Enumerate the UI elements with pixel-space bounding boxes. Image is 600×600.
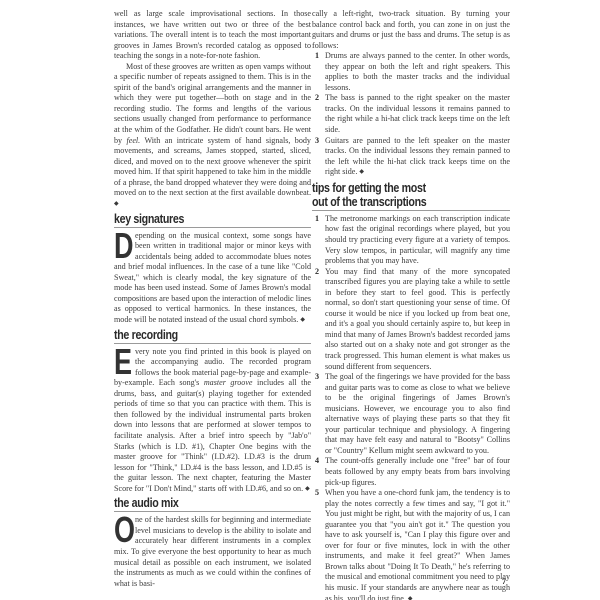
- list-text: Guitars are panned to the left speaker o…: [325, 136, 510, 177]
- list-text: When you have a one-chord funk jam, the …: [325, 488, 510, 600]
- end-mark-icon: ◆: [359, 169, 364, 175]
- paragraph-text: epending on the musical context, some so…: [114, 231, 311, 325]
- heading-rule: [312, 210, 510, 211]
- paragraph-text: includes all the drums, bass, and guitar…: [114, 378, 311, 493]
- list-item: 5When you have a one-chord funk jam, the…: [312, 488, 510, 600]
- emphasis-master-groove: master groove: [204, 378, 253, 387]
- list-item: 1Drums are always panned to the center. …: [312, 51, 510, 93]
- tips-list: 1The metronome markings on each transcri…: [312, 214, 510, 600]
- paragraph-text: Most of these grooves are written as ope…: [114, 62, 311, 145]
- page-number: 7: [502, 577, 506, 586]
- drop-cap: O: [114, 516, 128, 546]
- list-number: 5: [315, 488, 319, 499]
- list-number: 3: [315, 372, 319, 383]
- book-page: well as large scale improvisational sect…: [0, 0, 600, 600]
- list-item: 3Guitars are panned to the left speaker …: [312, 136, 510, 178]
- heading-tips-line-2: out of the transcriptions: [312, 195, 474, 208]
- list-number: 2: [315, 267, 319, 278]
- end-mark-icon: ◆: [408, 596, 413, 600]
- list-number: 1: [315, 214, 319, 225]
- list-number: 2: [315, 93, 319, 104]
- list-text: The count-offs generally include one "fr…: [325, 456, 510, 486]
- list-text: Drums are always panned to the center. I…: [325, 51, 510, 92]
- list-item: 1The metronome markings on each transcri…: [312, 214, 510, 267]
- key-signatures-paragraph: Depending on the musical context, some s…: [114, 231, 311, 326]
- paragraph-text: ne of the hardest skills for beginning a…: [114, 515, 311, 587]
- heading-rule: [114, 511, 311, 512]
- list-number: 3: [315, 136, 319, 147]
- heading-rule: [114, 343, 311, 344]
- mix-setup-list: 1Drums are always panned to the center. …: [312, 51, 510, 178]
- recording-paragraph: Every note you find printed in this book…: [114, 347, 311, 495]
- list-item: 2You may find that many of the more sync…: [312, 267, 510, 372]
- drop-cap: E: [114, 348, 128, 378]
- intro-paragraph-1: well as large scale improvisational sect…: [114, 9, 311, 62]
- list-text: The goal of the fingerings we have provi…: [325, 372, 510, 455]
- drop-cap: D: [114, 232, 128, 262]
- list-item: 2The bass is panned to the right speaker…: [312, 93, 510, 135]
- end-mark-icon: ◆: [114, 201, 119, 207]
- right-column: cally a left-right, two-track situation.…: [312, 9, 510, 600]
- list-number: 4: [315, 456, 319, 467]
- heading-the-recording: the recording: [114, 328, 276, 341]
- heading-key-signatures: key signatures: [114, 212, 276, 225]
- list-number: 1: [315, 51, 319, 62]
- list-text: The bass is panned to the right speaker …: [325, 93, 510, 134]
- audio-mix-continuation: cally a left-right, two-track situation.…: [312, 9, 510, 51]
- intro-paragraph-2: Most of these grooves are written as ope…: [114, 62, 311, 210]
- heading-rule: [114, 227, 311, 228]
- heading-tips-line-1: tips for getting the most: [312, 181, 474, 194]
- list-text: The metronome markings on each transcrip…: [325, 214, 510, 265]
- emphasis-feel: feel.: [127, 136, 141, 145]
- audio-mix-paragraph: One of the hardest skills for beginning …: [114, 515, 311, 589]
- heading-the-audio-mix: the audio mix: [114, 496, 276, 509]
- list-item: 3The goal of the fingerings we have prov…: [312, 372, 510, 456]
- list-item: 4The count-offs generally include one "f…: [312, 456, 510, 488]
- list-text: You may find that many of the more synco…: [325, 267, 510, 371]
- paragraph-text: With an intricate system of hand signals…: [114, 136, 311, 198]
- end-mark-icon: ◆: [305, 486, 310, 492]
- end-mark-icon: ◆: [300, 317, 305, 323]
- left-column: well as large scale improvisational sect…: [114, 9, 311, 589]
